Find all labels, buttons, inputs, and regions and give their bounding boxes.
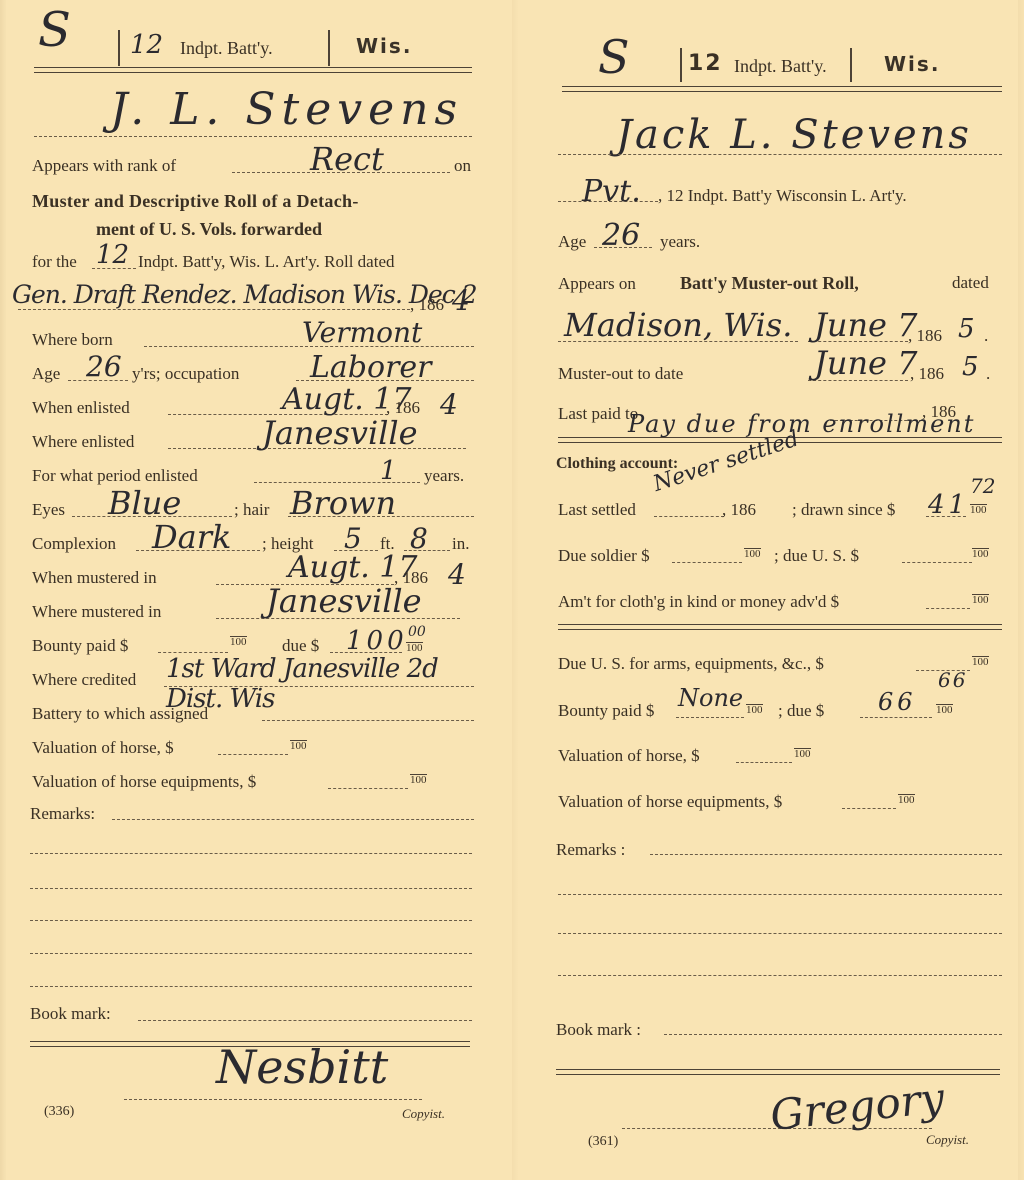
bounty-due-value: 100 [346,626,408,656]
horse-fraction: 100 [290,740,307,752]
mustered-in-year-digit: 4 [448,558,466,591]
copyist-signature: Nesbitt [216,1040,388,1094]
header-battery-number: 12 [688,54,723,74]
due-us-fraction: 100 [972,548,989,560]
soldier-name: Jack L. Stevens [616,112,972,158]
last-settled-label: Last settled [558,500,636,520]
header-battery-number: 12 [130,30,163,60]
muster-descriptive-roll-card: S 12 Indpt. Batt'y. Wis. J. L. Stevens A… [0,0,500,1180]
period-label: For what period enlisted [32,466,198,486]
roll-year-prefix: , 186 [908,326,942,346]
remarks-label: Remarks : [556,840,625,860]
when-enlisted-label: When enlisted [32,398,130,418]
period: . [984,326,988,346]
where-mustered-value: Janesville [266,582,422,620]
when-enlisted-year-digit: 4 [440,388,458,421]
eyes-value: Blue [108,484,181,522]
header-initial: S [38,2,71,58]
battery-assigned-label: Battery to which assigned [32,704,208,724]
for-the-suffix: Indpt. Batt'y, Wis. L. Art'y. Roll dated [138,252,395,272]
header-rule [562,86,1002,92]
due-soldier-line [672,562,742,563]
drawn-since-label: ; drawn since $ [792,500,895,520]
remarks-line [30,953,472,954]
header-divider [850,48,852,82]
copyist-line [124,1099,422,1100]
complexion-value: Dark [152,518,231,556]
due-us-label: ; due U. S. $ [774,546,859,566]
age-value: 26 [602,218,640,253]
remarks-line [558,894,1002,895]
roll-dated-year-digit: 4 [452,284,470,317]
remarks-line [558,975,1002,976]
header-rule [34,67,472,73]
muster-out-value: June 7 [814,344,918,382]
copyist-label: Copyist. [926,1132,969,1148]
age-label: Age [32,364,60,384]
bounty-paid-fraction: 100 [230,636,247,648]
amount-clothing-label: Am't for cloth'g in kind or money adv'd … [558,592,839,612]
unit-line: , 12 Indpt. Batt'y Wisconsin L. Art'y. [658,186,907,206]
where-credited-value: 1st Ward Janesville 2d Dist. Wis [166,654,500,714]
header-divider [328,30,330,66]
where-born-label: Where born [32,330,113,350]
copyist-signature: Gregory [768,1073,947,1140]
amount-clothing-line [926,608,970,609]
horse-label: Valuation of horse, $ [558,746,700,766]
remarks-line [30,888,472,889]
hair-label: ; hair [234,500,269,520]
last-paid-note: Pay due from enrollment [628,410,975,438]
header-unit-label: Indpt. Batt'y. [180,38,273,58]
name-line [558,154,1002,155]
muster-out-year-digit: 5 [962,352,979,382]
book-mark-label: Book mark : [556,1020,641,1040]
section-rule [558,624,1002,630]
last-paid-label: Last paid to [558,404,638,424]
form-number: (361) [588,1134,618,1150]
header-divider [118,30,120,66]
appears-on-label: Appears on [558,274,636,294]
roll-dated-line [18,309,410,310]
remarks-line [30,986,472,987]
last-settled-line [654,516,724,517]
roll-dated-year-prefix: , 186 [410,295,444,315]
amount-clothing-fraction: 100 [972,594,989,606]
rank-value: Rect [310,140,384,178]
card-edge [512,0,518,1180]
bounty-paid-label: Bounty paid $ [32,636,128,656]
bounty-due-label: ; due $ [778,701,824,721]
card-edge [1018,0,1024,1180]
horse-equip-label: Valuation of horse equipments, $ [558,792,782,812]
book-mark-line [664,1034,1002,1035]
muster-out-label: Muster-out to date [558,364,683,384]
bounty-due-fraction: 100 [936,704,953,716]
last-settled-year: , 186 [722,500,756,520]
age-suffix: years. [660,232,700,252]
eyes-label: Eyes [32,500,65,520]
due-soldier-fraction: 100 [744,548,761,560]
due-soldier-label: Due soldier $ [558,546,650,566]
muster-out-roll-card: S 12 Indpt. Batt'y. Wis. Jack L. Stevens… [512,0,1024,1180]
bounty-due-line [860,717,932,718]
horse-line [736,762,792,763]
arms-label: Due U. S. for arms, equipments, &c., $ [558,654,824,674]
bounty-due-cents: 00 [408,624,426,640]
bounty-due-label: due $ [282,636,319,656]
header-state: Wis. [884,54,940,74]
roll-title: Batt'y Muster-out Roll, [680,273,859,293]
roll-place-value: Madison, Wis. [564,306,792,344]
where-credited-label: Where credited [32,670,136,690]
header-divider [680,48,682,82]
complexion-label: Complexion [32,534,116,554]
header-unit-label: Indpt. Batt'y. [734,56,827,76]
roll-title-line1: Muster and Descriptive Roll of a Detach- [32,191,359,211]
bounty-paid-label: Bounty paid $ [558,701,654,721]
rank-suffix: on [454,156,471,176]
remarks-line [650,854,1002,855]
drawn-since-value: 41 [928,490,969,520]
period-suffix: years. [424,466,464,486]
for-the-label: for the [32,252,77,272]
hair-value: Brown [290,484,396,522]
age-value: 26 [86,350,122,383]
remarks-label: Remarks: [30,804,95,824]
header-initial: S [598,30,630,84]
roll-year-digit: 5 [958,314,975,344]
horse-equip-fraction: 100 [898,794,915,806]
name-line [34,136,472,137]
where-enlisted-label: Where enlisted [32,432,134,452]
age-label: Age [558,232,586,252]
bounty-paid-line [158,652,228,653]
bounty-due-fraction: 100 [406,642,423,654]
remarks-line [30,853,472,854]
header-state: Wis. [356,36,412,56]
drawn-since-fraction: 100 [970,504,987,516]
occupation-value: Laborer [310,350,432,385]
in-label: in. [452,534,469,554]
remarks-line [30,920,472,921]
drawn-since-cents: 72 [970,474,995,498]
bounty-paid-value: None [678,684,743,712]
muster-out-year-prefix: , 186 [910,364,944,384]
horse-equip-line [842,808,896,809]
rank-value: Pvt. [582,174,641,209]
bounty-due-cents: 66 [938,668,967,692]
card-edge [0,0,6,1180]
horse-label: Valuation of horse, $ [32,738,174,758]
form-number: (336) [44,1104,74,1120]
where-born-value: Vermont [302,316,422,349]
where-enlisted-value: Janesville [262,414,418,452]
arms-fraction: 100 [972,656,989,668]
due-us-line [902,562,972,563]
remarks-line [112,819,474,820]
horse-equip-line [328,788,408,789]
dated-label: dated [952,273,989,293]
roll-date-value: June 7 [814,306,918,344]
roll-dated-value: Gen. Draft Rendez. Madison Wis. Dec 2 [12,280,477,309]
occupation-label: y'rs; occupation [132,364,239,384]
period: . [986,364,990,384]
horse-equip-fraction: 100 [410,774,427,786]
where-mustered-label: Where mustered in [32,602,161,622]
remarks-line [558,933,1002,934]
book-mark-line [138,1020,472,1021]
soldier-name: J. L. Stevens [110,84,463,135]
horse-line [218,754,288,755]
for-the-value: 12 [96,240,129,270]
battery-assigned-line [262,720,474,721]
roll-title-line2: ment of U. S. Vols. forwarded [96,219,322,239]
horse-fraction: 100 [794,748,811,760]
mustered-in-label: When mustered in [32,568,157,588]
bounty-paid-line [676,717,744,718]
copyist-label: Copyist. [402,1106,445,1122]
period-value: 1 [380,456,397,486]
bounty-due-value: 66 [878,688,917,716]
bounty-paid-fraction: 100 [746,704,763,716]
book-mark-label: Book mark: [30,1004,111,1024]
rank-label: Appears with rank of [32,156,176,176]
horse-equip-label: Valuation of horse equipments, $ [32,772,256,792]
